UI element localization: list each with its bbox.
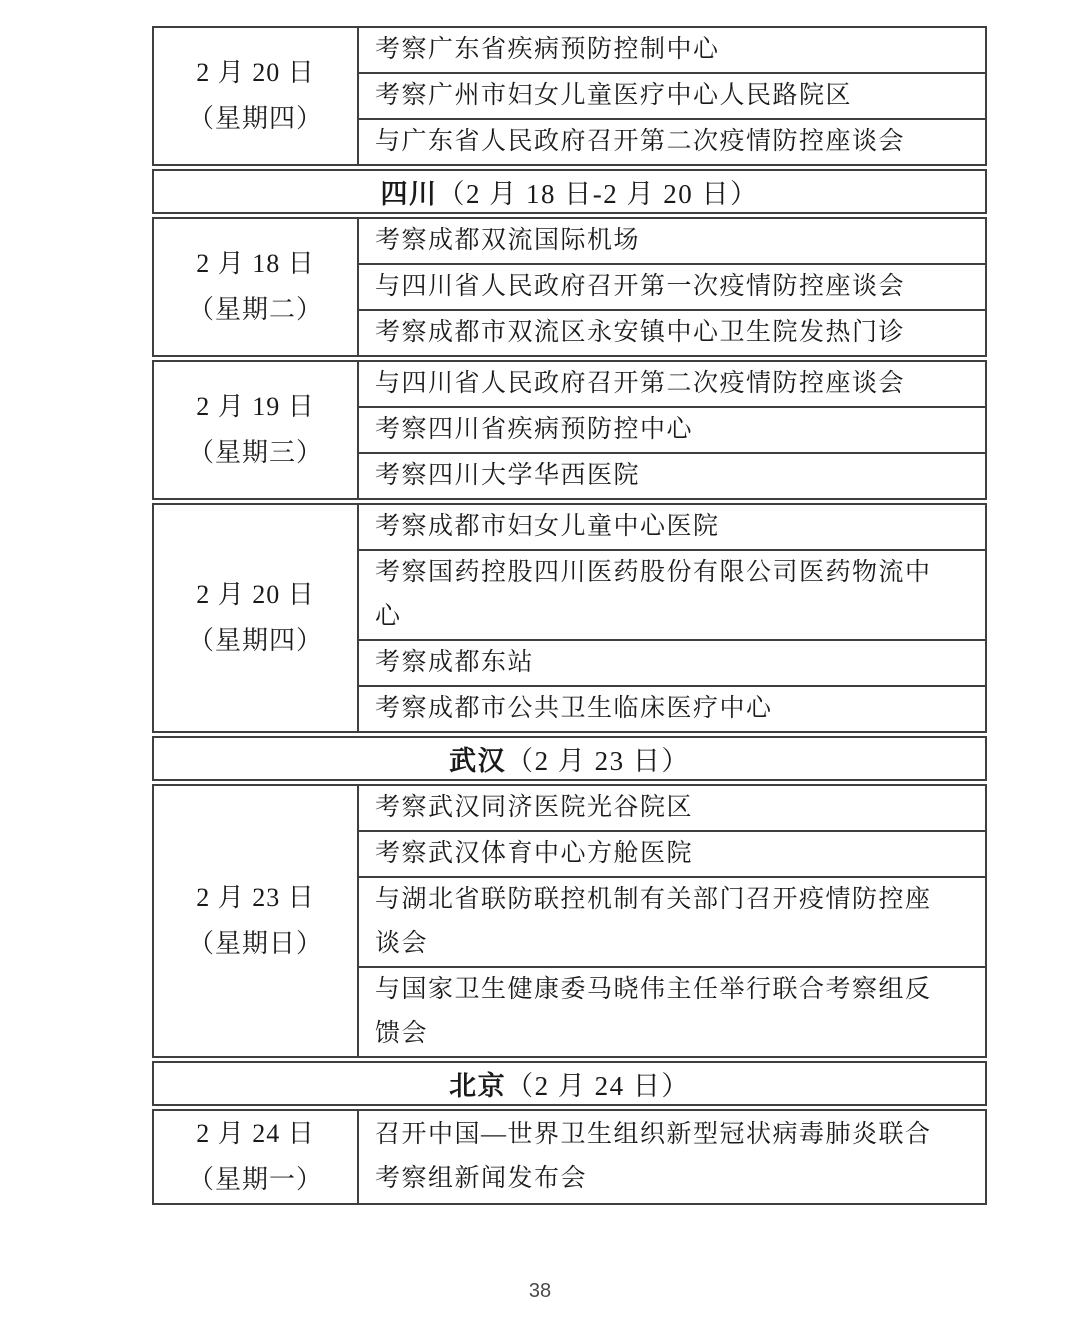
- activities-column: 考察成都市妇女儿童中心医院考察国药控股四川医药股份有限公司医药物流中心考察成都东…: [359, 505, 985, 731]
- activity-text: 与广东省人民政府召开第二次疫情防控座谈会: [375, 120, 905, 164]
- date-cell: 2 月 24 日（星期一）: [154, 1111, 359, 1203]
- weekday-text: （星期一）: [188, 1157, 323, 1203]
- activity-text: 考察成都市妇女儿童中心医院: [375, 505, 720, 549]
- activities-column: 与四川省人民政府召开第二次疫情防控座谈会考察四川省疾病预防控中心考察四川大学华西…: [359, 362, 985, 498]
- date-text: 2 月 24 日: [196, 1111, 315, 1157]
- date-text: 2 月 20 日: [196, 572, 315, 618]
- activity-cell: 考察四川省疾病预防控中心: [359, 406, 985, 452]
- schedule-row: 2 月 24 日（星期一）召开中国—世界卫生组织新型冠状病毒肺炎联合考察组新闻发…: [152, 1109, 987, 1205]
- weekday-text: （星期三）: [188, 430, 323, 476]
- section-date-range: （2 月 18 日-2 月 20 日）: [438, 172, 759, 211]
- date-text: 2 月 20 日: [196, 50, 315, 96]
- activity-cell: 考察四川大学华西医院: [359, 452, 985, 498]
- date-cell: 2 月 20 日（星期四）: [154, 505, 359, 731]
- schedule-row: 2 月 23 日（星期日）考察武汉同济医院光谷院区考察武汉体育中心方舱医院与湖北…: [152, 784, 987, 1058]
- date-text: 2 月 19 日: [196, 384, 315, 430]
- section-date-range: （2 月 24 日）: [506, 1064, 690, 1103]
- activity-text: 考察成都市公共卫生临床医疗中心: [375, 687, 773, 731]
- date-cell: 2 月 19 日（星期三）: [154, 362, 359, 498]
- activity-cell: 考察成都东站: [359, 639, 985, 685]
- date-cell: 2 月 18 日（星期二）: [154, 219, 359, 355]
- activity-cell: 考察武汉体育中心方舱医院: [359, 830, 985, 876]
- weekday-text: （星期四）: [188, 96, 323, 142]
- section-header-row: 武汉（2 月 23 日）: [152, 736, 987, 781]
- activities-column: 考察成都双流国际机场与四川省人民政府召开第一次疫情防控座谈会考察成都市双流区永安…: [359, 219, 985, 355]
- activity-text: 与湖北省联防联控机制有关部门召开疫情防控座谈会: [375, 878, 955, 966]
- activities-column: 考察武汉同济医院光谷院区考察武汉体育中心方舱医院与湖北省联防联控机制有关部门召开…: [359, 786, 985, 1056]
- activity-cell: 与四川省人民政府召开第一次疫情防控座谈会: [359, 263, 985, 309]
- activity-text: 考察四川省疾病预防控中心: [375, 408, 693, 452]
- activity-text: 考察国药控股四川医药股份有限公司医药物流中心: [375, 551, 955, 639]
- activity-cell: 与四川省人民政府召开第二次疫情防控座谈会: [359, 362, 985, 406]
- activity-text: 考察成都双流国际机场: [375, 219, 640, 263]
- activities-column: 召开中国—世界卫生组织新型冠状病毒肺炎联合考察组新闻发布会: [359, 1111, 985, 1203]
- section-header-row: 四川（2 月 18 日-2 月 20 日）: [152, 169, 987, 214]
- activity-text: 与四川省人民政府召开第二次疫情防控座谈会: [375, 362, 905, 406]
- date-cell: 2 月 20 日（星期四）: [154, 28, 359, 164]
- activity-text: 考察广州市妇女儿童医疗中心人民路院区: [375, 74, 852, 118]
- section-header-row: 北京（2 月 24 日）: [152, 1061, 987, 1106]
- activity-text: 考察四川大学华西医院: [375, 454, 640, 498]
- activity-cell: 考察国药控股四川医药股份有限公司医药物流中心: [359, 549, 985, 639]
- activity-cell: 考察广东省疾病预防控制中心: [359, 28, 985, 72]
- section-city-label: 武汉: [449, 739, 506, 778]
- activity-cell: 与广东省人民政府召开第二次疫情防控座谈会: [359, 118, 985, 164]
- date-text: 2 月 18 日: [196, 241, 315, 287]
- activity-text: 与国家卫生健康委马晓伟主任举行联合考察组反馈会: [375, 968, 955, 1056]
- activity-text: 考察武汉同济医院光谷院区: [375, 786, 693, 830]
- section-city-label: 四川: [381, 172, 438, 211]
- page-number: 38: [0, 1280, 1080, 1303]
- section-city-label: 北京: [449, 1064, 506, 1103]
- activity-text: 与四川省人民政府召开第一次疫情防控座谈会: [375, 265, 905, 309]
- schedule-row: 2 月 18 日（星期二）考察成都双流国际机场与四川省人民政府召开第一次疫情防控…: [152, 217, 987, 357]
- activity-cell: 考察成都市妇女儿童中心医院: [359, 505, 985, 549]
- schedule-row: 2 月 20 日（星期四）考察广东省疾病预防控制中心考察广州市妇女儿童医疗中心人…: [152, 26, 987, 166]
- activity-text: 考察武汉体育中心方舱医院: [375, 832, 693, 876]
- weekday-text: （星期四）: [188, 618, 323, 664]
- activity-text: 召开中国—世界卫生组织新型冠状病毒肺炎联合考察组新闻发布会: [375, 1113, 955, 1201]
- activity-cell: 与国家卫生健康委马晓伟主任举行联合考察组反馈会: [359, 966, 985, 1056]
- itinerary-table: 2 月 20 日（星期四）考察广东省疾病预防控制中心考察广州市妇女儿童医疗中心人…: [152, 26, 987, 1208]
- activity-cell: 召开中国—世界卫生组织新型冠状病毒肺炎联合考察组新闻发布会: [359, 1111, 985, 1203]
- activity-text: 考察成都市双流区永安镇中心卫生院发热门诊: [375, 311, 905, 355]
- activity-cell: 与湖北省联防联控机制有关部门召开疫情防控座谈会: [359, 876, 985, 966]
- weekday-text: （星期二）: [188, 287, 323, 333]
- weekday-text: （星期日）: [188, 921, 323, 967]
- date-text: 2 月 23 日: [196, 875, 315, 921]
- schedule-row: 2 月 20 日（星期四）考察成都市妇女儿童中心医院考察国药控股四川医药股份有限…: [152, 503, 987, 733]
- activity-text: 考察广东省疾病预防控制中心: [375, 28, 720, 72]
- section-date-range: （2 月 23 日）: [506, 739, 690, 778]
- activity-cell: 考察广州市妇女儿童医疗中心人民路院区: [359, 72, 985, 118]
- schedule-row: 2 月 19 日（星期三）与四川省人民政府召开第二次疫情防控座谈会考察四川省疾病…: [152, 360, 987, 500]
- activity-text: 考察成都东站: [375, 641, 534, 685]
- date-cell: 2 月 23 日（星期日）: [154, 786, 359, 1056]
- activities-column: 考察广东省疾病预防控制中心考察广州市妇女儿童医疗中心人民路院区与广东省人民政府召…: [359, 28, 985, 164]
- activity-cell: 考察武汉同济医院光谷院区: [359, 786, 985, 830]
- activity-cell: 考察成都市双流区永安镇中心卫生院发热门诊: [359, 309, 985, 355]
- activity-cell: 考察成都市公共卫生临床医疗中心: [359, 685, 985, 731]
- activity-cell: 考察成都双流国际机场: [359, 219, 985, 263]
